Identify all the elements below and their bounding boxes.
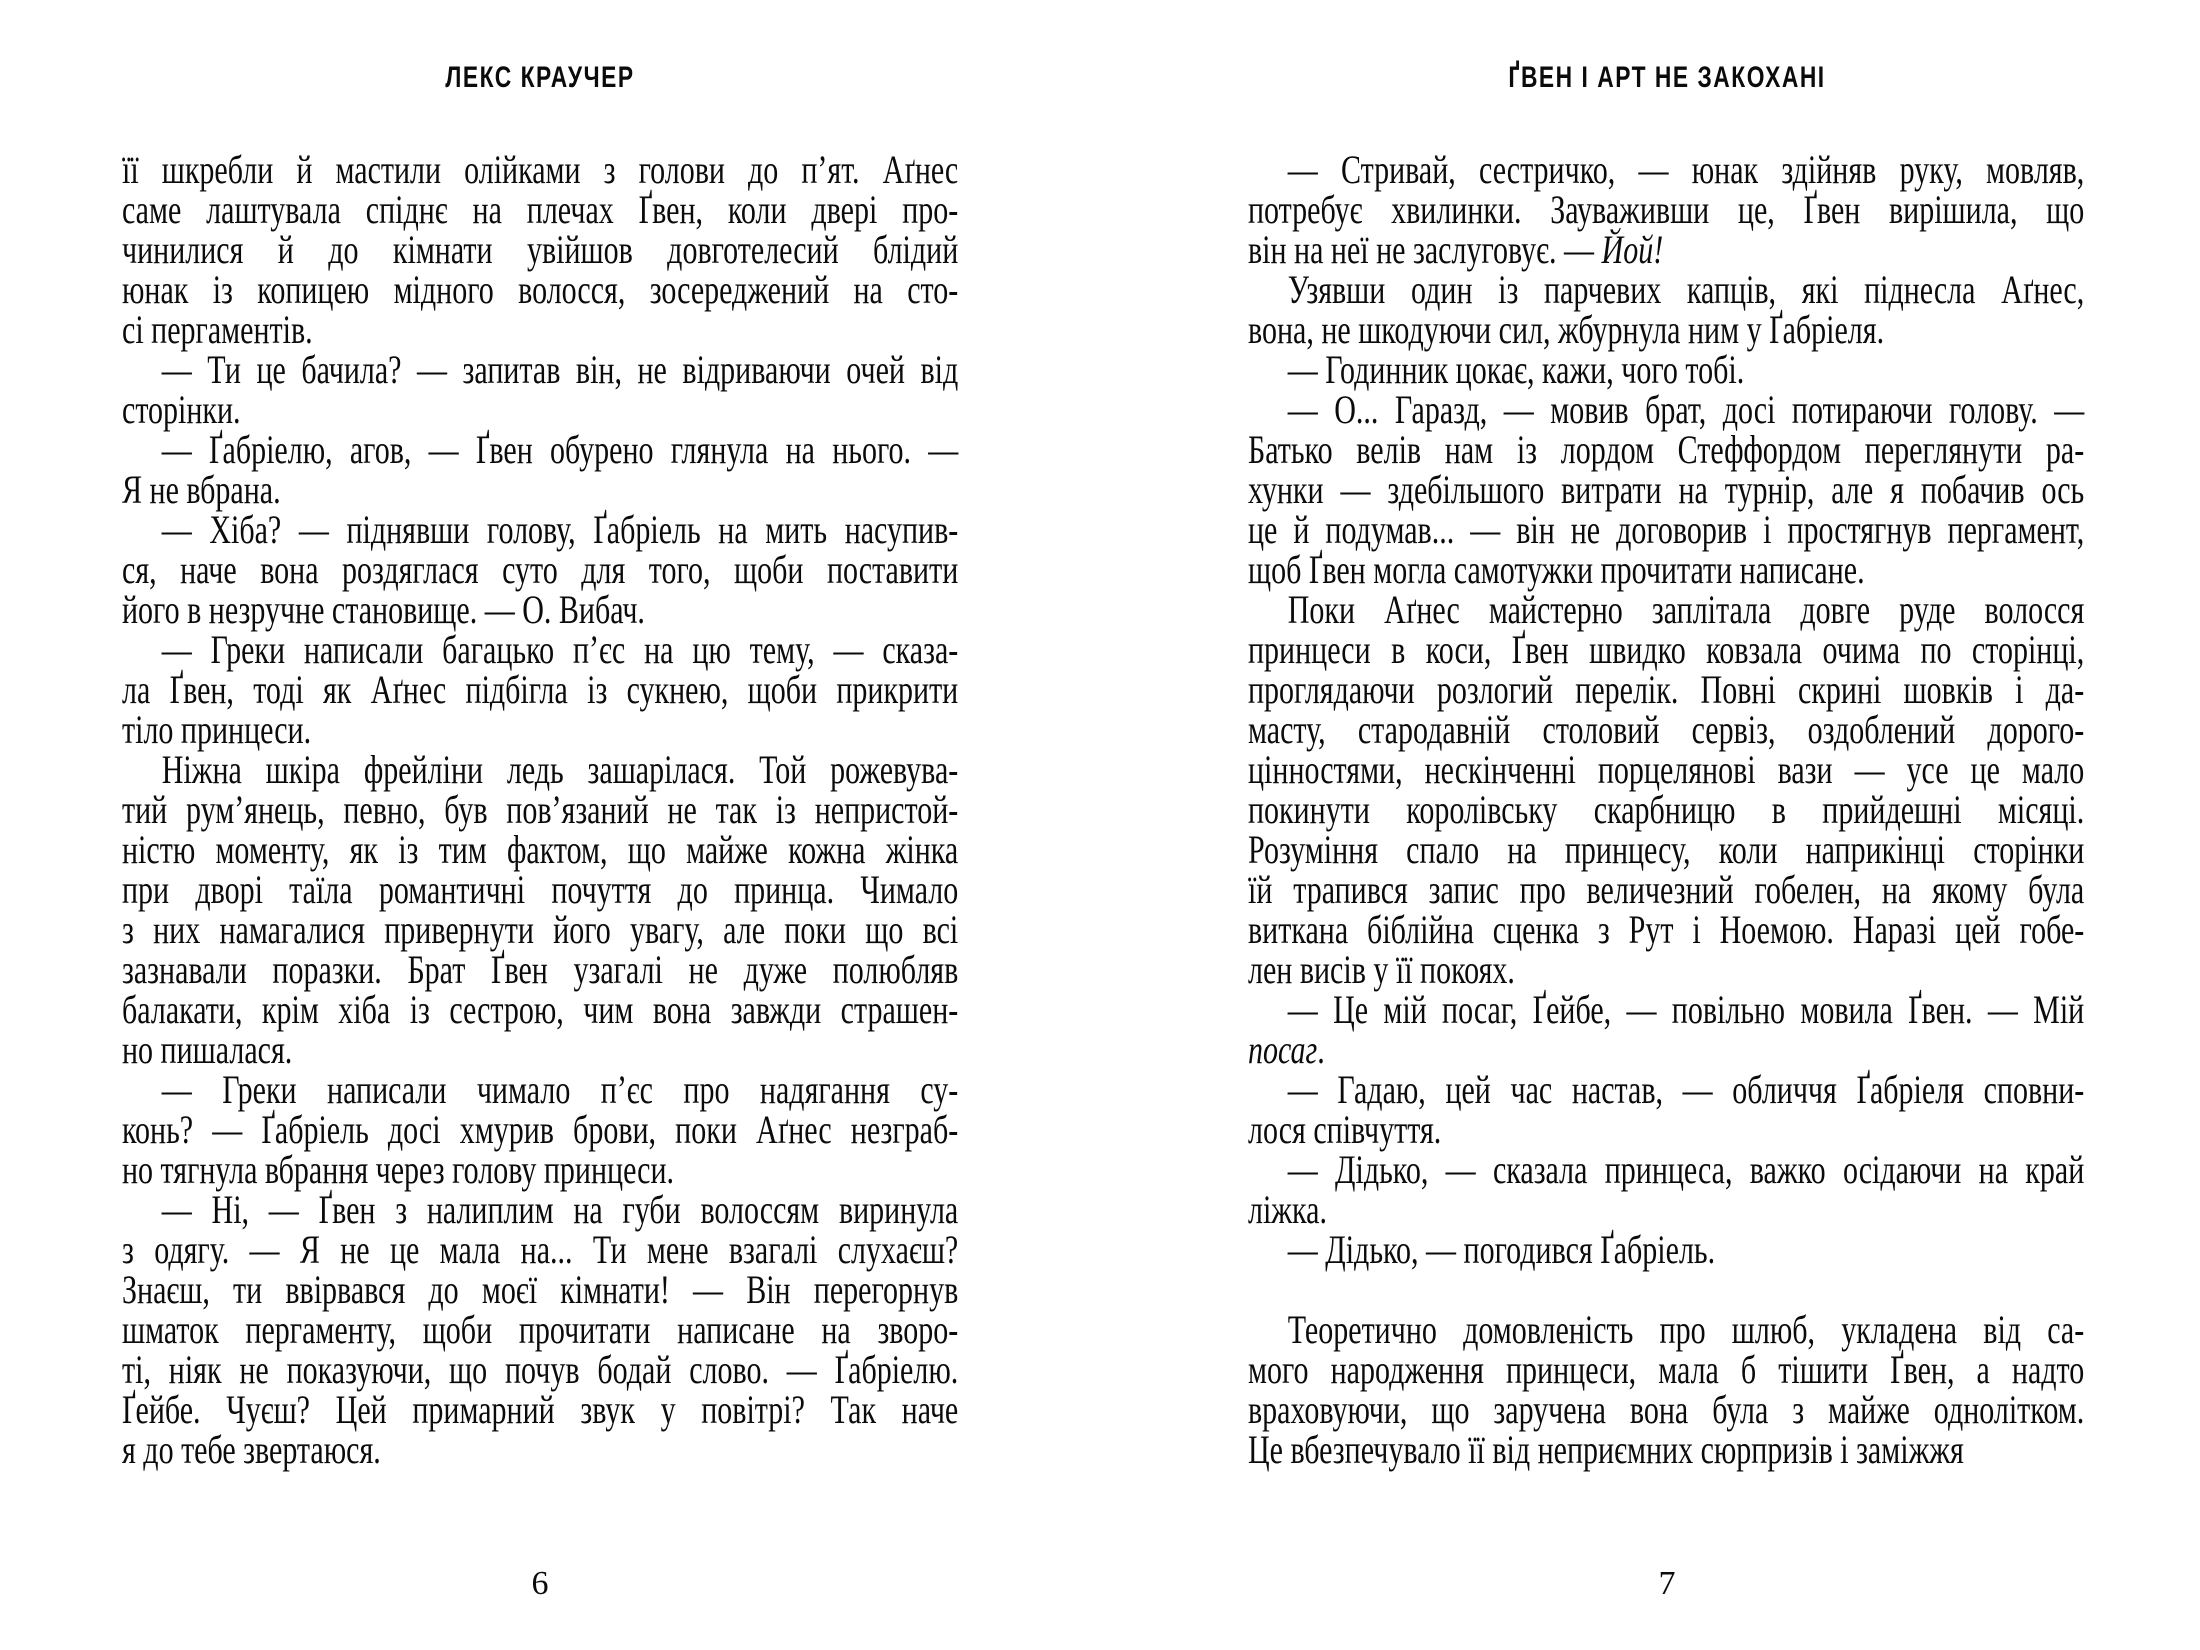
- paragraph: — Гадаю, цей час настав, — обличчя Ґабрі…: [1248, 1070, 2084, 1150]
- text-line: чинилися й до кімнати увійшов довготелес…: [122, 230, 958, 270]
- text-line: з них намагалися привернути його увагу, …: [122, 910, 958, 950]
- text-line: но тягнула вбрання через голову принцеси…: [122, 1150, 958, 1190]
- text-line: — Греки написали багацько п’єс на цю тем…: [122, 630, 958, 670]
- text-line: хунки — здебільшого витрати на турнір, а…: [1248, 470, 2084, 510]
- text-line: масту, стародавній столовий сервіз, оздо…: [1248, 710, 2084, 750]
- text-line: Поки Аґнес майстерно заплітала довге руд…: [1248, 590, 2084, 630]
- text-line: цінностями, нескінченні порцелянові вази…: [1248, 750, 2084, 790]
- paragraph: Теоретично домовленість про шлюб, укладе…: [1248, 1310, 2084, 1470]
- text-line: це й подумав... — він не договорив і про…: [1248, 510, 2084, 550]
- book-spread: { "pages": [ { "side": "left", "header":…: [0, 0, 2200, 1650]
- text-line: ті, ніяк не показуючи, що почув бодай сл…: [122, 1350, 958, 1390]
- text-line: Ґейбе. Чуєш? Цей примарний звук у повітр…: [122, 1390, 958, 1430]
- text-line: балакати, крім хіба із сестрою, чим вона…: [122, 990, 958, 1030]
- text-line: я до тебе звертаюся.: [122, 1430, 958, 1470]
- text-line: покинути королівську скарбницю в прийдеш…: [1248, 790, 2084, 830]
- text-line: його в незручне становище. — О. Вибач.: [122, 590, 958, 630]
- text-line: — Дідько, — сказала принцеса, важко осід…: [1248, 1150, 2084, 1190]
- paragraph: — Ти це бачила? — запитав він, не відрив…: [122, 350, 958, 430]
- page-right: ҐВЕН І АРТ НЕ ЗАКОХАНІ — Стривай, сестри…: [1248, 0, 2086, 1650]
- paragraph: — Це мій посаг, Ґейбе, — повільно мовила…: [1248, 990, 2084, 1070]
- paragraph: — Дідько, — погодився Ґабріель.: [1248, 1230, 2084, 1270]
- paragraph: Поки Аґнес майстерно заплітала довге руд…: [1248, 590, 2084, 990]
- text-line: проглядаючи розлогий перелік. Повні скри…: [1248, 670, 2084, 710]
- paragraph: Узявши один із парчевих капців, які підн…: [1248, 270, 2084, 350]
- text-line: лося співчуття.: [1248, 1110, 2084, 1150]
- text-line: їй трапився запис про величезний гобелен…: [1248, 870, 2084, 910]
- page-body-right: — Стривай, сестричко, — юнак здійняв рук…: [1248, 150, 2084, 1470]
- text-line: зазнавали поразки. Брат Ґвен узагалі не …: [122, 950, 958, 990]
- paragraph: — Ґабріелю, агов, — Ґвен обурено глянула…: [122, 430, 958, 510]
- text-line: враховуючи, що заручена вона була з майж…: [1248, 1390, 2084, 1430]
- text-line: лен висів у її покоях.: [1248, 950, 2084, 990]
- text-line: — Годинник цокає, кажи, чого тобі.: [1248, 350, 2084, 390]
- text-line: — Це мій посаг, Ґейбе, — повільно мовила…: [1248, 990, 2084, 1030]
- running-head-author: ЛЕКС КРАУЧЕР: [222, 62, 857, 94]
- text-line: шматок пергаменту, щоби прочитати написа…: [122, 1310, 958, 1350]
- text-line: Теоретично домовленість про шлюб, укладе…: [1248, 1310, 2084, 1350]
- running-head-book-title: ҐВЕН І АРТ НЕ ЗАКОХАНІ: [1349, 62, 1986, 94]
- text-line: Узявши один із парчевих капців, які підн…: [1248, 270, 2084, 310]
- text-line: щоб Ґвен могла самотужки прочитати напис…: [1248, 550, 2084, 590]
- text-line: конь? — Ґабріель досі хмурив брови, поки…: [122, 1110, 958, 1150]
- text-line: мого народження принцеси, мала б тішити …: [1248, 1350, 2084, 1390]
- paragraph: — Ні, — Ґвен з налиплим на губи волоссям…: [122, 1190, 958, 1470]
- text-line: при дворі таїла романтичні почуття до пр…: [122, 870, 958, 910]
- text-line: юнак із копицею мідного волосся, зосеред…: [122, 270, 958, 310]
- page-left: ЛЕКС КРАУЧЕР її шкребли й мастили олійка…: [122, 0, 958, 1650]
- paragraph: — Годинник цокає, кажи, чого тобі.: [1248, 350, 2084, 390]
- text-line: з одягу. — Я не це мала на... Ти мене вз…: [122, 1230, 958, 1270]
- page-number-right: 7: [1248, 1566, 2086, 1602]
- text-line: сторінки.: [122, 390, 958, 430]
- text-line: — Дідько, — погодився Ґабріель.: [1248, 1230, 2084, 1270]
- text-line: но пишалася.: [122, 1030, 958, 1070]
- text-line: Знаєш, ти ввірвався до моєї кімнати! — В…: [122, 1270, 958, 1310]
- text-line: її шкребли й мастили олійками з голови д…: [122, 150, 958, 190]
- text-line: — Греки написали чимало п’єс про надяган…: [122, 1070, 958, 1110]
- text-line: посаг.: [1248, 1030, 2084, 1070]
- paragraph: — О... Гаразд, — мовив брат, досі потира…: [1248, 390, 2084, 590]
- text-line: Батько велів нам із лордом Стеффордом пе…: [1248, 430, 2084, 470]
- text-line: — Ти це бачила? — запитав він, не відрив…: [122, 350, 958, 390]
- text-line: саме лаштувала спіднє на плечах Ґвен, ко…: [122, 190, 958, 230]
- text-line: Я не вбрана.: [122, 470, 958, 510]
- text-line: принцеси в коси, Ґвен швидко ковзала очи…: [1248, 630, 2084, 670]
- text-line: — О... Гаразд, — мовив брат, досі потира…: [1248, 390, 2084, 430]
- text-line: ла Ґвен, тоді як Аґнес підбігла із сукне…: [122, 670, 958, 710]
- text-line: — Гадаю, цей час настав, — обличчя Ґабрі…: [1248, 1070, 2084, 1110]
- text-line: Ніжна шкіра фрейліни ледь зашарілася. То…: [122, 750, 958, 790]
- text-line: — Хіба? — піднявши голову, Ґабріель на м…: [122, 510, 958, 550]
- text-line: виткана біблійна сценка з Рут і Ноемою. …: [1248, 910, 2084, 950]
- text-line: потребує хвилинки. Зауваживши це, Ґвен в…: [1248, 190, 2084, 230]
- paragraph: — Дідько, — сказала принцеса, важко осід…: [1248, 1150, 2084, 1230]
- paragraph: — Хіба? — піднявши голову, Ґабріель на м…: [122, 510, 958, 630]
- page-number-left: 6: [122, 1566, 958, 1602]
- paragraph: її шкребли й мастили олійками з голови д…: [122, 150, 958, 350]
- page-body-left: її шкребли й мастили олійками з голови д…: [122, 150, 958, 1470]
- text-line: вона, не шкодуючи сил, жбурнула ним у Ґа…: [1248, 310, 2084, 350]
- text-line: — Стривай, сестричко, — юнак здійняв рук…: [1248, 150, 2084, 190]
- text-line: Розуміння спало на принцесу, коли наприк…: [1248, 830, 2084, 870]
- text-line: тий рум’янець, певно, був пов’язаний не …: [122, 790, 958, 830]
- text-line: ністю моменту, як із тим фактом, що майж…: [122, 830, 958, 870]
- paragraph: — Греки написали багацько п’єс на цю тем…: [122, 630, 958, 750]
- paragraph: — Стривай, сестричко, — юнак здійняв рук…: [1248, 150, 2084, 270]
- paragraph: — Греки написали чимало п’єс про надяган…: [122, 1070, 958, 1190]
- text-line: ліжка.: [1248, 1190, 2084, 1230]
- text-line: Це вбезпечувало її від неприємних сюрпри…: [1248, 1430, 2084, 1470]
- text-line: тіло принцеси.: [122, 710, 958, 750]
- text-line: — Ні, — Ґвен з налиплим на губи волоссям…: [122, 1190, 958, 1230]
- text-line: сі пергаментів.: [122, 310, 958, 350]
- text-line: він на неї не заслуговує. — Йой!: [1248, 230, 2084, 270]
- text-line: ся, наче вона роздяглася суто для того, …: [122, 550, 958, 590]
- paragraph: Ніжна шкіра фрейліни ледь зашарілася. То…: [122, 750, 958, 1070]
- text-line: — Ґабріелю, агов, — Ґвен обурено глянула…: [122, 430, 958, 470]
